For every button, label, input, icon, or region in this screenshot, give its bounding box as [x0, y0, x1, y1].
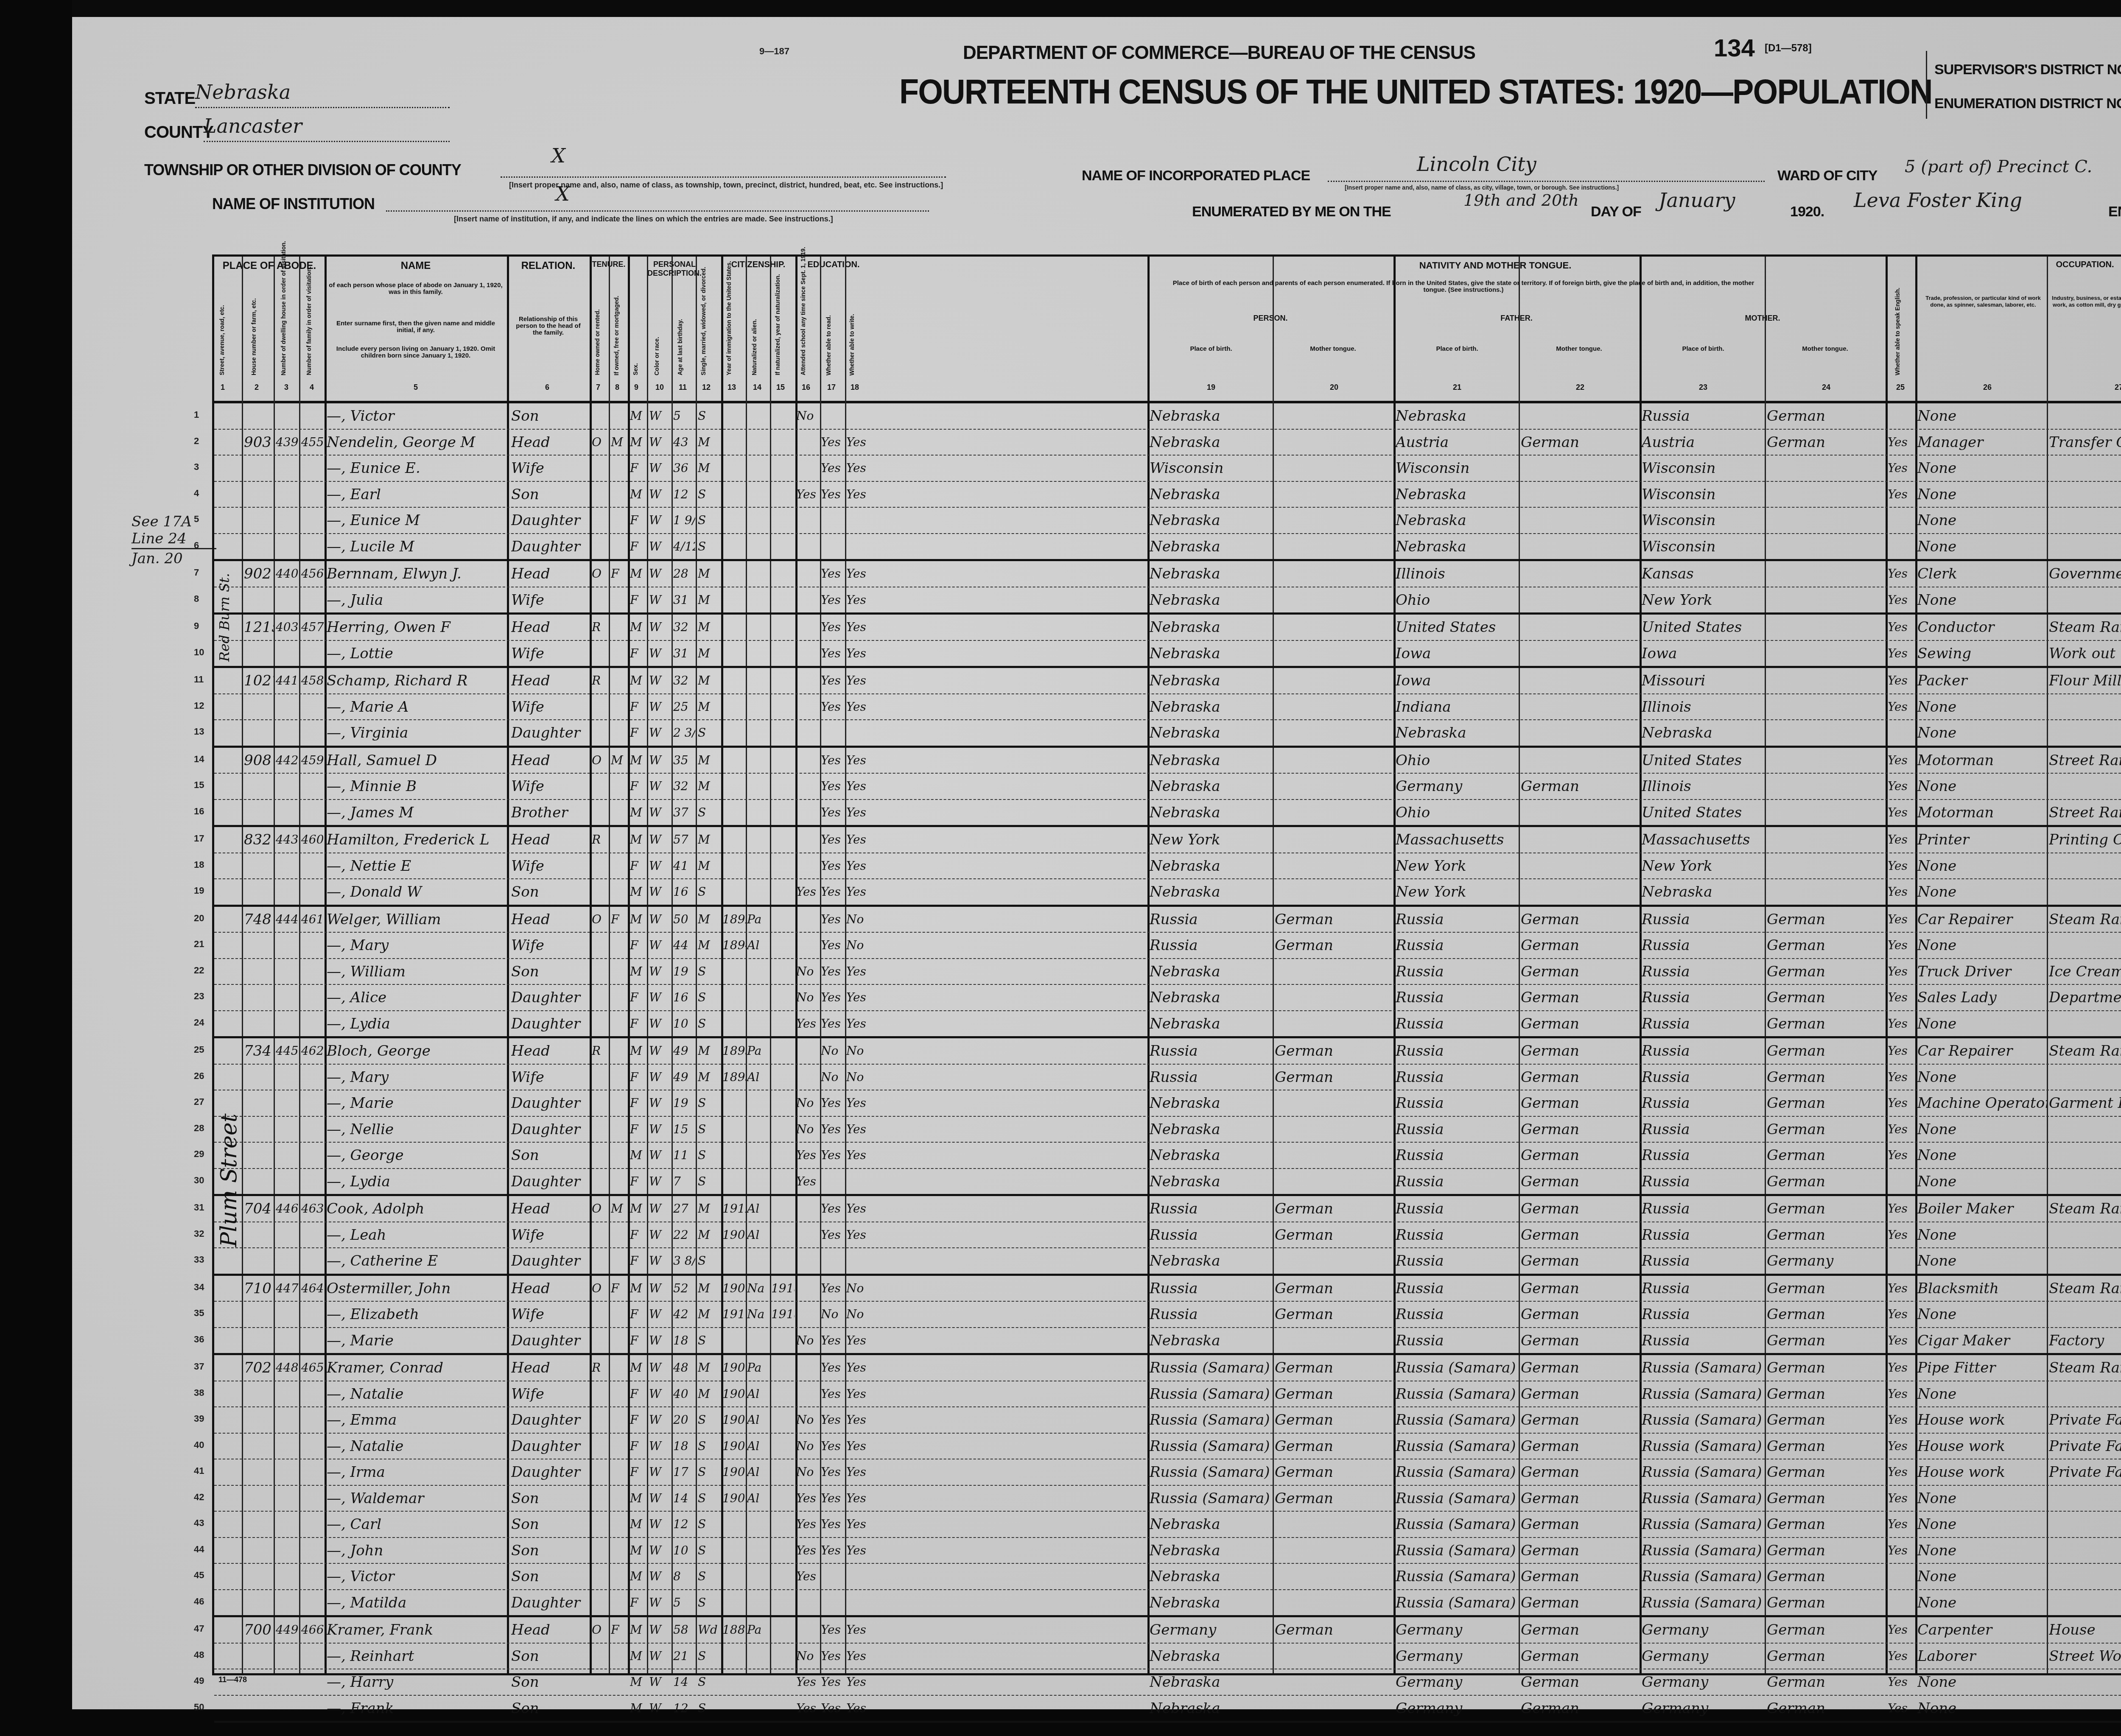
cell-read: Yes	[821, 1093, 844, 1113]
cell-house: 903	[244, 432, 274, 453]
cell-marital: S	[698, 1251, 720, 1271]
cell-marital: M	[698, 590, 720, 610]
cell-relation: Daughter	[511, 1014, 588, 1034]
cell-age: 40	[673, 1384, 695, 1404]
cell-family: 466	[301, 1620, 325, 1640]
cell-fmt: German	[1521, 1225, 1640, 1245]
cell-school: Yes	[796, 1171, 820, 1192]
line-number: 23	[194, 991, 204, 1002]
cell-write: Yes	[846, 671, 870, 691]
cell-name: —, Nettie E	[327, 856, 505, 876]
enumerated-label: ENUMERATED BY ME ON THE	[1192, 204, 1391, 220]
cell-age: 50	[673, 909, 695, 930]
street-note-red-burn: Red Burn St.	[216, 573, 232, 662]
cell-write: Yes	[846, 802, 870, 823]
table-row: 4—, EarlSonMW12SYesYesYesNebraskaNebrask…	[214, 482, 2121, 508]
col-num-23: 23	[1699, 383, 1707, 392]
cell-occ: Motorman	[1917, 802, 2047, 823]
cell-marital: S	[698, 1698, 720, 1719]
cell-fpob: Russia (Samara)	[1396, 1410, 1519, 1430]
line-number: 36	[194, 1334, 204, 1345]
cell-imm: 1894	[722, 935, 746, 956]
table-row: 29—, GeorgeSonMW11SYesYesYesNebraskaRuss…	[214, 1143, 2121, 1169]
cell-mpob: Wisconsin	[1642, 458, 1765, 478]
person-place-of-birth: Place of birth.	[1150, 346, 1273, 352]
cell-fmt: German	[1521, 1304, 1640, 1325]
cell-mpob: Massachusetts	[1642, 830, 1765, 850]
cell-relation: Son	[511, 1145, 588, 1166]
margin-note-sheet-ref: See 17A	[132, 513, 216, 530]
cell-fmt: German	[1521, 1462, 1640, 1482]
cell-fpob: Russia (Samara)	[1396, 1358, 1519, 1378]
cell-dwelling: 441	[276, 671, 300, 691]
cell-mmt: German	[1767, 1410, 1886, 1430]
form-reference: [D1—578]	[1765, 42, 1812, 54]
cell-age: 48	[673, 1358, 695, 1378]
cell-fpob: Nebraska	[1396, 484, 1519, 505]
cell-pob: Nebraska	[1150, 1014, 1273, 1034]
cell-imm: 1893	[722, 1041, 746, 1061]
cell-family: 464	[301, 1278, 325, 1299]
cell-mpob: Russia	[1642, 1119, 1765, 1140]
cell-marital: S	[698, 1093, 720, 1113]
cell-write: Yes	[846, 1093, 870, 1113]
cell-marital: S	[698, 1672, 720, 1692]
institution-value: X	[556, 182, 570, 205]
cell-mmt: German	[1767, 1514, 1886, 1535]
cell-fpob: Illinois	[1396, 564, 1519, 584]
cell-mpob: Germany	[1642, 1672, 1765, 1692]
table-row: 10—, LottieWifeFW31MYesYesNebraskaIowaIo…	[214, 641, 2121, 668]
cell-school: No	[796, 1093, 820, 1113]
cell-race: W	[649, 1014, 670, 1034]
col-num-18: 18	[851, 383, 859, 392]
cell-school: Yes	[796, 1514, 820, 1535]
county-value: Lancaster	[204, 115, 302, 137]
table-row: 91215403457Herring, Owen FHeadRMW32MYesY…	[214, 615, 2121, 641]
cell-fpob: Russia	[1396, 1041, 1519, 1061]
cell-mt: German	[1275, 1410, 1393, 1430]
census-sheet: See 17A Line 24 Jan. 20 STATE Nebraska C…	[72, 17, 2121, 1709]
cell-write: Yes	[846, 1436, 870, 1456]
cell-fmt: German	[1521, 1436, 1640, 1456]
cell-mmt: German	[1767, 909, 1886, 930]
cell-race: W	[649, 909, 670, 930]
cell-fpob: Russia (Samara)	[1396, 1384, 1519, 1404]
cell-marital: M	[698, 671, 720, 691]
cell-fpob: Russia	[1396, 935, 1519, 956]
cell-marital: S	[698, 406, 720, 426]
cell-nat: Al	[747, 1225, 769, 1245]
col-num-11: 11	[679, 383, 687, 392]
cell-marital: M	[698, 643, 720, 664]
cell-owned: F	[611, 1278, 628, 1299]
cell-mpob: Russia (Samara)	[1642, 1384, 1765, 1404]
cell-age: 15	[673, 1119, 695, 1140]
township-value: X	[551, 144, 565, 167]
ward-label: WARD OF CITY	[1777, 168, 1877, 184]
cell-marital: S	[698, 1145, 720, 1166]
cell-ind: Government Post Office	[2049, 564, 2121, 584]
cell-mmt: German	[1767, 1145, 1886, 1166]
cell-age: 18	[673, 1331, 695, 1351]
cell-age: 2 3/12	[673, 723, 695, 743]
col-num-19: 19	[1207, 383, 1215, 392]
cell-occ: None	[1917, 776, 2047, 797]
cell-read: Yes	[821, 1119, 844, 1140]
cell-mmt: German	[1767, 1199, 1886, 1219]
cell-house: 908	[244, 750, 274, 771]
cell-mmt: German	[1767, 1358, 1886, 1378]
cell-relation: Wife	[511, 856, 588, 876]
cell-race: W	[649, 1436, 670, 1456]
cell-race: W	[649, 776, 670, 797]
cell-mpob: Nebraska	[1642, 723, 1765, 743]
cell-fmt: German	[1521, 1540, 1640, 1561]
cell-mpob: Russia	[1642, 1251, 1765, 1271]
cell-age: 21	[673, 1646, 695, 1666]
cell-write: Yes	[846, 697, 870, 717]
cell-fmt: German	[1521, 1171, 1640, 1192]
cell-fpob: Russia	[1396, 1199, 1519, 1219]
cell-name: —, Marie	[327, 1093, 505, 1113]
cell-mmt: German	[1767, 1278, 1886, 1299]
cell-mpob: Russia (Samara)	[1642, 1593, 1765, 1613]
cell-ind: Street Work	[2049, 1646, 2121, 1666]
cell-marital: M	[698, 1041, 720, 1061]
cell-marital: S	[698, 484, 720, 505]
name-instructions: of each person whose place of abode on J…	[329, 282, 503, 296]
cell-name: —, Victor	[327, 406, 505, 426]
cell-marital: M	[698, 1304, 720, 1325]
cell-age: 10	[673, 1014, 695, 1034]
cell-mt: German	[1275, 1278, 1393, 1299]
cell-sex: F	[630, 537, 647, 557]
cell-imm: 1900	[722, 1278, 746, 1299]
cell-sex: F	[630, 1304, 647, 1325]
table-row: 40—, NatalieDaughterFW18S1907AlNoYesYesR…	[214, 1434, 2121, 1460]
cell-school: Yes	[796, 1540, 820, 1561]
cell-fpob: Russia	[1396, 1331, 1519, 1351]
group-citizenship: CITIZENSHIP.	[721, 260, 795, 270]
cell-sex: M	[630, 1620, 647, 1640]
cell-age: 43	[673, 432, 695, 453]
cell-nat: Al	[747, 1410, 769, 1430]
enumerator-label: ENUMERATOR.	[2108, 204, 2121, 220]
cell-house: 734	[244, 1041, 274, 1061]
cell-write: Yes	[846, 1225, 870, 1245]
cell-marital: S	[698, 987, 720, 1008]
cell-eng: Yes	[1888, 1067, 1914, 1087]
cell-pob: Nebraska	[1150, 1331, 1273, 1351]
table-row: 39—, EmmaDaughterFW20S1907AlNoYesYesRuss…	[214, 1407, 2121, 1434]
cell-write: Yes	[846, 484, 870, 505]
cell-nat: Al	[747, 1067, 769, 1087]
col-num-24: 24	[1822, 383, 1830, 392]
table-row: 21—, MaryWifeFW44M1894AlYesNoRussiaGerma…	[214, 933, 2121, 959]
cell-owned: M	[611, 1199, 628, 1219]
cell-occ: Truck Driver	[1917, 962, 2047, 982]
cell-write: Yes	[846, 962, 870, 982]
cell-read: Yes	[821, 856, 844, 876]
cell-age: 7	[673, 1171, 695, 1192]
cell-age: 28	[673, 564, 695, 584]
cell-ind: Street Railway	[2049, 750, 2121, 771]
cell-owned: M	[611, 432, 628, 453]
cell-mmt: German	[1767, 1620, 1886, 1640]
cell-write: No	[846, 1041, 870, 1061]
cell-read: Yes	[821, 484, 844, 505]
cell-dwelling: 442	[276, 750, 300, 771]
cell-mpob: Missouri	[1642, 671, 1765, 691]
cell-write: Yes	[846, 1145, 870, 1166]
col-num-9: 9	[634, 383, 638, 392]
cell-fpob: United States	[1396, 617, 1519, 637]
table-row: 41—, IrmaDaughterFW17S1907AlNoYesYesRuss…	[214, 1459, 2121, 1486]
cell-sex: F	[630, 510, 647, 531]
cell-pob: Nebraska	[1150, 802, 1273, 823]
cell-age: 12	[673, 484, 695, 505]
cell-imm: 1907	[722, 1384, 746, 1404]
table-row: 25734445462Bloch, GeorgeHeadRMW49M1893Pa…	[214, 1038, 2121, 1065]
table-row: 45—, VictorSonMW8SYesNebraskaRussia (Sam…	[214, 1564, 2121, 1590]
cell-mpob: Wisconsin	[1642, 510, 1765, 531]
cell-eng: Yes	[1888, 1199, 1914, 1219]
cell-mt: German	[1275, 1384, 1393, 1404]
cell-occ: None	[1917, 856, 2047, 876]
cell-mpob: Russia	[1642, 1145, 1765, 1166]
cell-pob: Nebraska	[1150, 1698, 1273, 1719]
cell-name: —, Waldemar	[327, 1488, 505, 1509]
cell-school: Yes	[796, 1672, 820, 1692]
cell-relation: Son	[511, 406, 588, 426]
cell-nat: Pa	[747, 909, 769, 930]
table-row: 32—, LeahWifeFW22M1907AlYesYesRussiaGerm…	[214, 1222, 2121, 1249]
cell-fmt: German	[1521, 432, 1640, 453]
cell-occ: None	[1917, 697, 2047, 717]
cell-marital: Wd	[698, 1620, 720, 1640]
cell-pob: Wisconsin	[1150, 458, 1273, 478]
line-number: 1	[194, 409, 199, 420]
cell-read: Yes	[821, 1620, 844, 1640]
vheader-age: Age at last birthday.	[677, 319, 683, 375]
cell-relation: Daughter	[511, 1251, 588, 1271]
table-row: 23—, AliceDaughterFW16SNoYesYesNebraskaR…	[214, 985, 2121, 1011]
line-number: 27	[194, 1096, 204, 1107]
cell-pob: Russia (Samara)	[1150, 1410, 1273, 1430]
cell-marital: S	[698, 1436, 720, 1456]
cell-nat: Pa	[747, 1620, 769, 1640]
cell-age: 58	[673, 1620, 695, 1640]
cell-fpob: Nebraska	[1396, 723, 1519, 743]
cell-imm: 1907	[722, 1358, 746, 1378]
cell-name: —, Irma	[327, 1462, 505, 1482]
cell-eng: Yes	[1888, 1358, 1914, 1378]
cell-age: 37	[673, 802, 695, 823]
cell-pob: Nebraska	[1150, 776, 1273, 797]
cell-fpob: Russia	[1396, 1145, 1519, 1166]
cell-ind: Private Family	[2049, 1436, 2121, 1456]
cell-school: Yes	[796, 1566, 820, 1587]
cell-age: 31	[673, 643, 695, 664]
cell-pob: Nebraska	[1150, 484, 1273, 505]
cell-marital: M	[698, 432, 720, 453]
cell-occ: None	[1917, 1514, 2047, 1535]
cell-name: —, James M	[327, 802, 505, 823]
cell-imm: 1907	[722, 1225, 746, 1245]
cell-fmt: German	[1521, 1620, 1640, 1640]
cell-race: W	[649, 564, 670, 584]
cell-race: W	[649, 1278, 670, 1299]
cell-mmt: German	[1767, 1093, 1886, 1113]
line-number: 11	[194, 674, 204, 685]
cell-fpob: Russia	[1396, 1251, 1519, 1271]
cell-fmt: German	[1521, 1014, 1640, 1034]
cell-school: No	[796, 987, 820, 1008]
cell-ind: Ice Cream Factory	[2049, 962, 2121, 982]
cell-house: 704	[244, 1199, 274, 1219]
street-note-plum: Plum Street	[216, 1113, 242, 1247]
cell-fpob: Nebraska	[1396, 406, 1519, 426]
cell-race: W	[649, 1566, 670, 1587]
cell-read: Yes	[821, 1410, 844, 1430]
vheader-write: Whether able to write.	[848, 314, 855, 375]
cell-fpob: Germany	[1396, 1698, 1519, 1719]
cell-mmt: German	[1767, 1436, 1886, 1456]
table-row: 24—, LydiaDaughterFW10SYesYesYesNebraska…	[214, 1011, 2121, 1039]
cell-race: W	[649, 617, 670, 637]
cell-occ: Machine Operator	[1917, 1093, 2047, 1113]
cell-fpob: Russia	[1396, 1119, 1519, 1140]
cell-relation: Daughter	[511, 1436, 588, 1456]
cell-read: No	[821, 1041, 844, 1061]
cell-age: 32	[673, 776, 695, 797]
cell-sex: F	[630, 1384, 647, 1404]
cell-family: 465	[301, 1358, 325, 1378]
cell-mpob: United States	[1642, 617, 1765, 637]
cell-race: W	[649, 1358, 670, 1378]
form-code: 9—187	[759, 46, 789, 57]
line-number: 49	[194, 1675, 204, 1686]
cell-age: 49	[673, 1067, 695, 1087]
cell-relation: Son	[511, 1646, 588, 1666]
cell-nat: Al	[747, 1462, 769, 1482]
cell-occ: None	[1917, 1540, 2047, 1561]
cell-occ: None	[1917, 1488, 2047, 1509]
department-heading: DEPARTMENT OF COMMERCE—BUREAU OF THE CEN…	[963, 42, 1475, 64]
cell-name: —, Leah	[327, 1225, 505, 1245]
cell-sex: F	[630, 1331, 647, 1351]
cell-pob: Russia	[1150, 1067, 1273, 1087]
cell-sex: M	[630, 1358, 647, 1378]
cell-mt: German	[1275, 1462, 1393, 1482]
cell-race: W	[649, 1593, 670, 1613]
cell-mt: German	[1275, 1304, 1393, 1325]
cell-mt: German	[1275, 1225, 1393, 1245]
incorporated-place-value: Lincoln City	[1417, 153, 1536, 176]
census-title: FOURTEENTH CENSUS OF THE UNITED STATES: …	[899, 72, 1932, 112]
cell-write: Yes	[846, 1698, 870, 1719]
cell-race: W	[649, 1251, 670, 1271]
cell-write: Yes	[846, 564, 870, 584]
cell-write: Yes	[846, 1646, 870, 1666]
cell-pob: Russia	[1150, 935, 1273, 956]
cell-race: W	[649, 1698, 670, 1719]
cell-eng: Yes	[1888, 1620, 1914, 1640]
cell-occ: None	[1917, 1304, 2047, 1325]
cell-name: —, Emma	[327, 1410, 505, 1430]
cell-sex: F	[630, 1171, 647, 1192]
table-row: 20748444461Welger, WilliamHeadOFMW50M189…	[214, 907, 2121, 933]
cell-fpob: Russia	[1396, 909, 1519, 930]
table-row: 38—, NatalieWifeFW40M1907AlYesYesRussia …	[214, 1381, 2121, 1408]
cell-mpob: Russia	[1642, 1093, 1765, 1113]
table-row: 18—, Nettie EWifeFW41MYesYesNebraskaNew …	[214, 853, 2121, 880]
cell-relation: Head	[511, 671, 588, 691]
cell-race: W	[649, 1462, 670, 1482]
form-footer-id: 11—478	[218, 1675, 247, 1684]
cell-relation: Head	[511, 564, 588, 584]
cell-ind: Transfer Co.	[2049, 432, 2121, 453]
cell-fpob: Russia	[1396, 1067, 1519, 1087]
cell-age: 41	[673, 856, 695, 876]
cell-pob: Nebraska	[1150, 1566, 1273, 1587]
cell-relation: Head	[511, 1278, 588, 1299]
cell-fmt: German	[1521, 1698, 1640, 1719]
cell-fpob: Germany	[1396, 1620, 1519, 1640]
cell-relation: Wife	[511, 1225, 588, 1245]
cell-owned: F	[611, 564, 628, 584]
cell-tenure: R	[592, 671, 609, 691]
cell-school: No	[796, 1331, 820, 1351]
cell-ind: Private Family	[2049, 1410, 2121, 1430]
cell-fpob: Massachusetts	[1396, 830, 1519, 850]
cell-write: Yes	[846, 1672, 870, 1692]
line-number: 40	[194, 1440, 204, 1451]
cell-pob: Nebraska	[1150, 510, 1273, 531]
cell-fmt: German	[1521, 1384, 1640, 1404]
margin-note-rule	[132, 548, 216, 549]
father-mother-tongue: Mother tongue.	[1519, 346, 1640, 352]
line-number: 42	[194, 1492, 204, 1503]
cell-relation: Head	[511, 617, 588, 637]
cell-mpob: Russia	[1642, 935, 1765, 956]
cell-occ: Pipe Fitter	[1917, 1358, 2047, 1378]
cell-family: 459	[301, 750, 325, 771]
cell-sex: F	[630, 1410, 647, 1430]
cell-eng: Yes	[1888, 987, 1914, 1008]
cell-relation: Head	[511, 1620, 588, 1640]
line-number: 24	[194, 1017, 204, 1028]
cell-relation: Head	[511, 1199, 588, 1219]
cell-sex: F	[630, 1462, 647, 1482]
cell-read: Yes	[821, 590, 844, 610]
cell-read: Yes	[821, 1488, 844, 1509]
mother-mother-tongue: Mother tongue.	[1765, 346, 1886, 352]
cell-fpob: Russia (Samara)	[1396, 1566, 1519, 1587]
cell-tenure: O	[592, 432, 609, 453]
cell-house: 1215	[244, 617, 274, 637]
table-row: 42—, WaldemarSonMW14S1907AlYesYesYesRuss…	[214, 1486, 2121, 1512]
cell-read: Yes	[821, 1199, 844, 1219]
cell-name: —, Harry	[327, 1672, 505, 1692]
cell-dwelling: 440	[276, 564, 300, 584]
cell-nat: Al	[747, 1436, 769, 1456]
cell-sex: M	[630, 1698, 647, 1719]
cell-read: Yes	[821, 1698, 844, 1719]
cell-relation: Head	[511, 432, 588, 453]
cell-pob: Russia	[1150, 1304, 1273, 1325]
